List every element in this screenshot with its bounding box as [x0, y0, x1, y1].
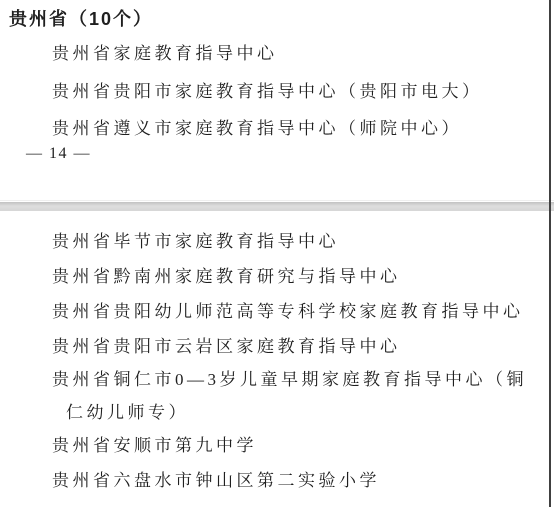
list-item: 贵州省贵阳幼儿师范高等专科学校家庭教育指导中心: [52, 297, 524, 322]
list-item: 贵州省贵阳市家庭教育指导中心（贵阳市电大）: [52, 77, 483, 102]
section-header-guizhou: 贵州省（10个）: [9, 5, 153, 31]
document-page-bottom: 贵州省毕节市家庭教育指导中心 贵州省黔南州家庭教育研究与指导中心 贵州省贵阳幼儿…: [0, 211, 554, 507]
document-viewport: 贵州省（10个） 贵州省家庭教育指导中心 贵州省贵阳市家庭教育指导中心（贵阳市电…: [0, 0, 554, 507]
page-number: — 14 —: [26, 145, 91, 163]
list-item: 贵州省贵阳市云岩区家庭教育指导中心: [52, 332, 401, 357]
list-item: 贵州省六盘水市钟山区第二实验小学: [52, 466, 380, 491]
page-edge-line: [549, 0, 551, 507]
list-item: 贵州省毕节市家庭教育指导中心: [52, 227, 339, 252]
page-separator-band: [0, 202, 554, 211]
list-item: 贵州省铜仁市0—3岁儿童早期家庭教育指导中心（铜: [52, 365, 527, 390]
page-bottom-shadow: [0, 200, 554, 201]
list-item: 贵州省遵义市家庭教育指导中心（师院中心）: [52, 114, 462, 139]
list-item-continuation: 仁幼儿师专）: [66, 398, 189, 423]
list-item: 贵州省安顺市第九中学: [52, 431, 257, 456]
document-page-top: 贵州省（10个） 贵州省家庭教育指导中心 贵州省贵阳市家庭教育指导中心（贵阳市电…: [0, 0, 554, 200]
list-item: 贵州省家庭教育指导中心: [52, 39, 278, 64]
list-item: 贵州省黔南州家庭教育研究与指导中心: [52, 262, 401, 287]
